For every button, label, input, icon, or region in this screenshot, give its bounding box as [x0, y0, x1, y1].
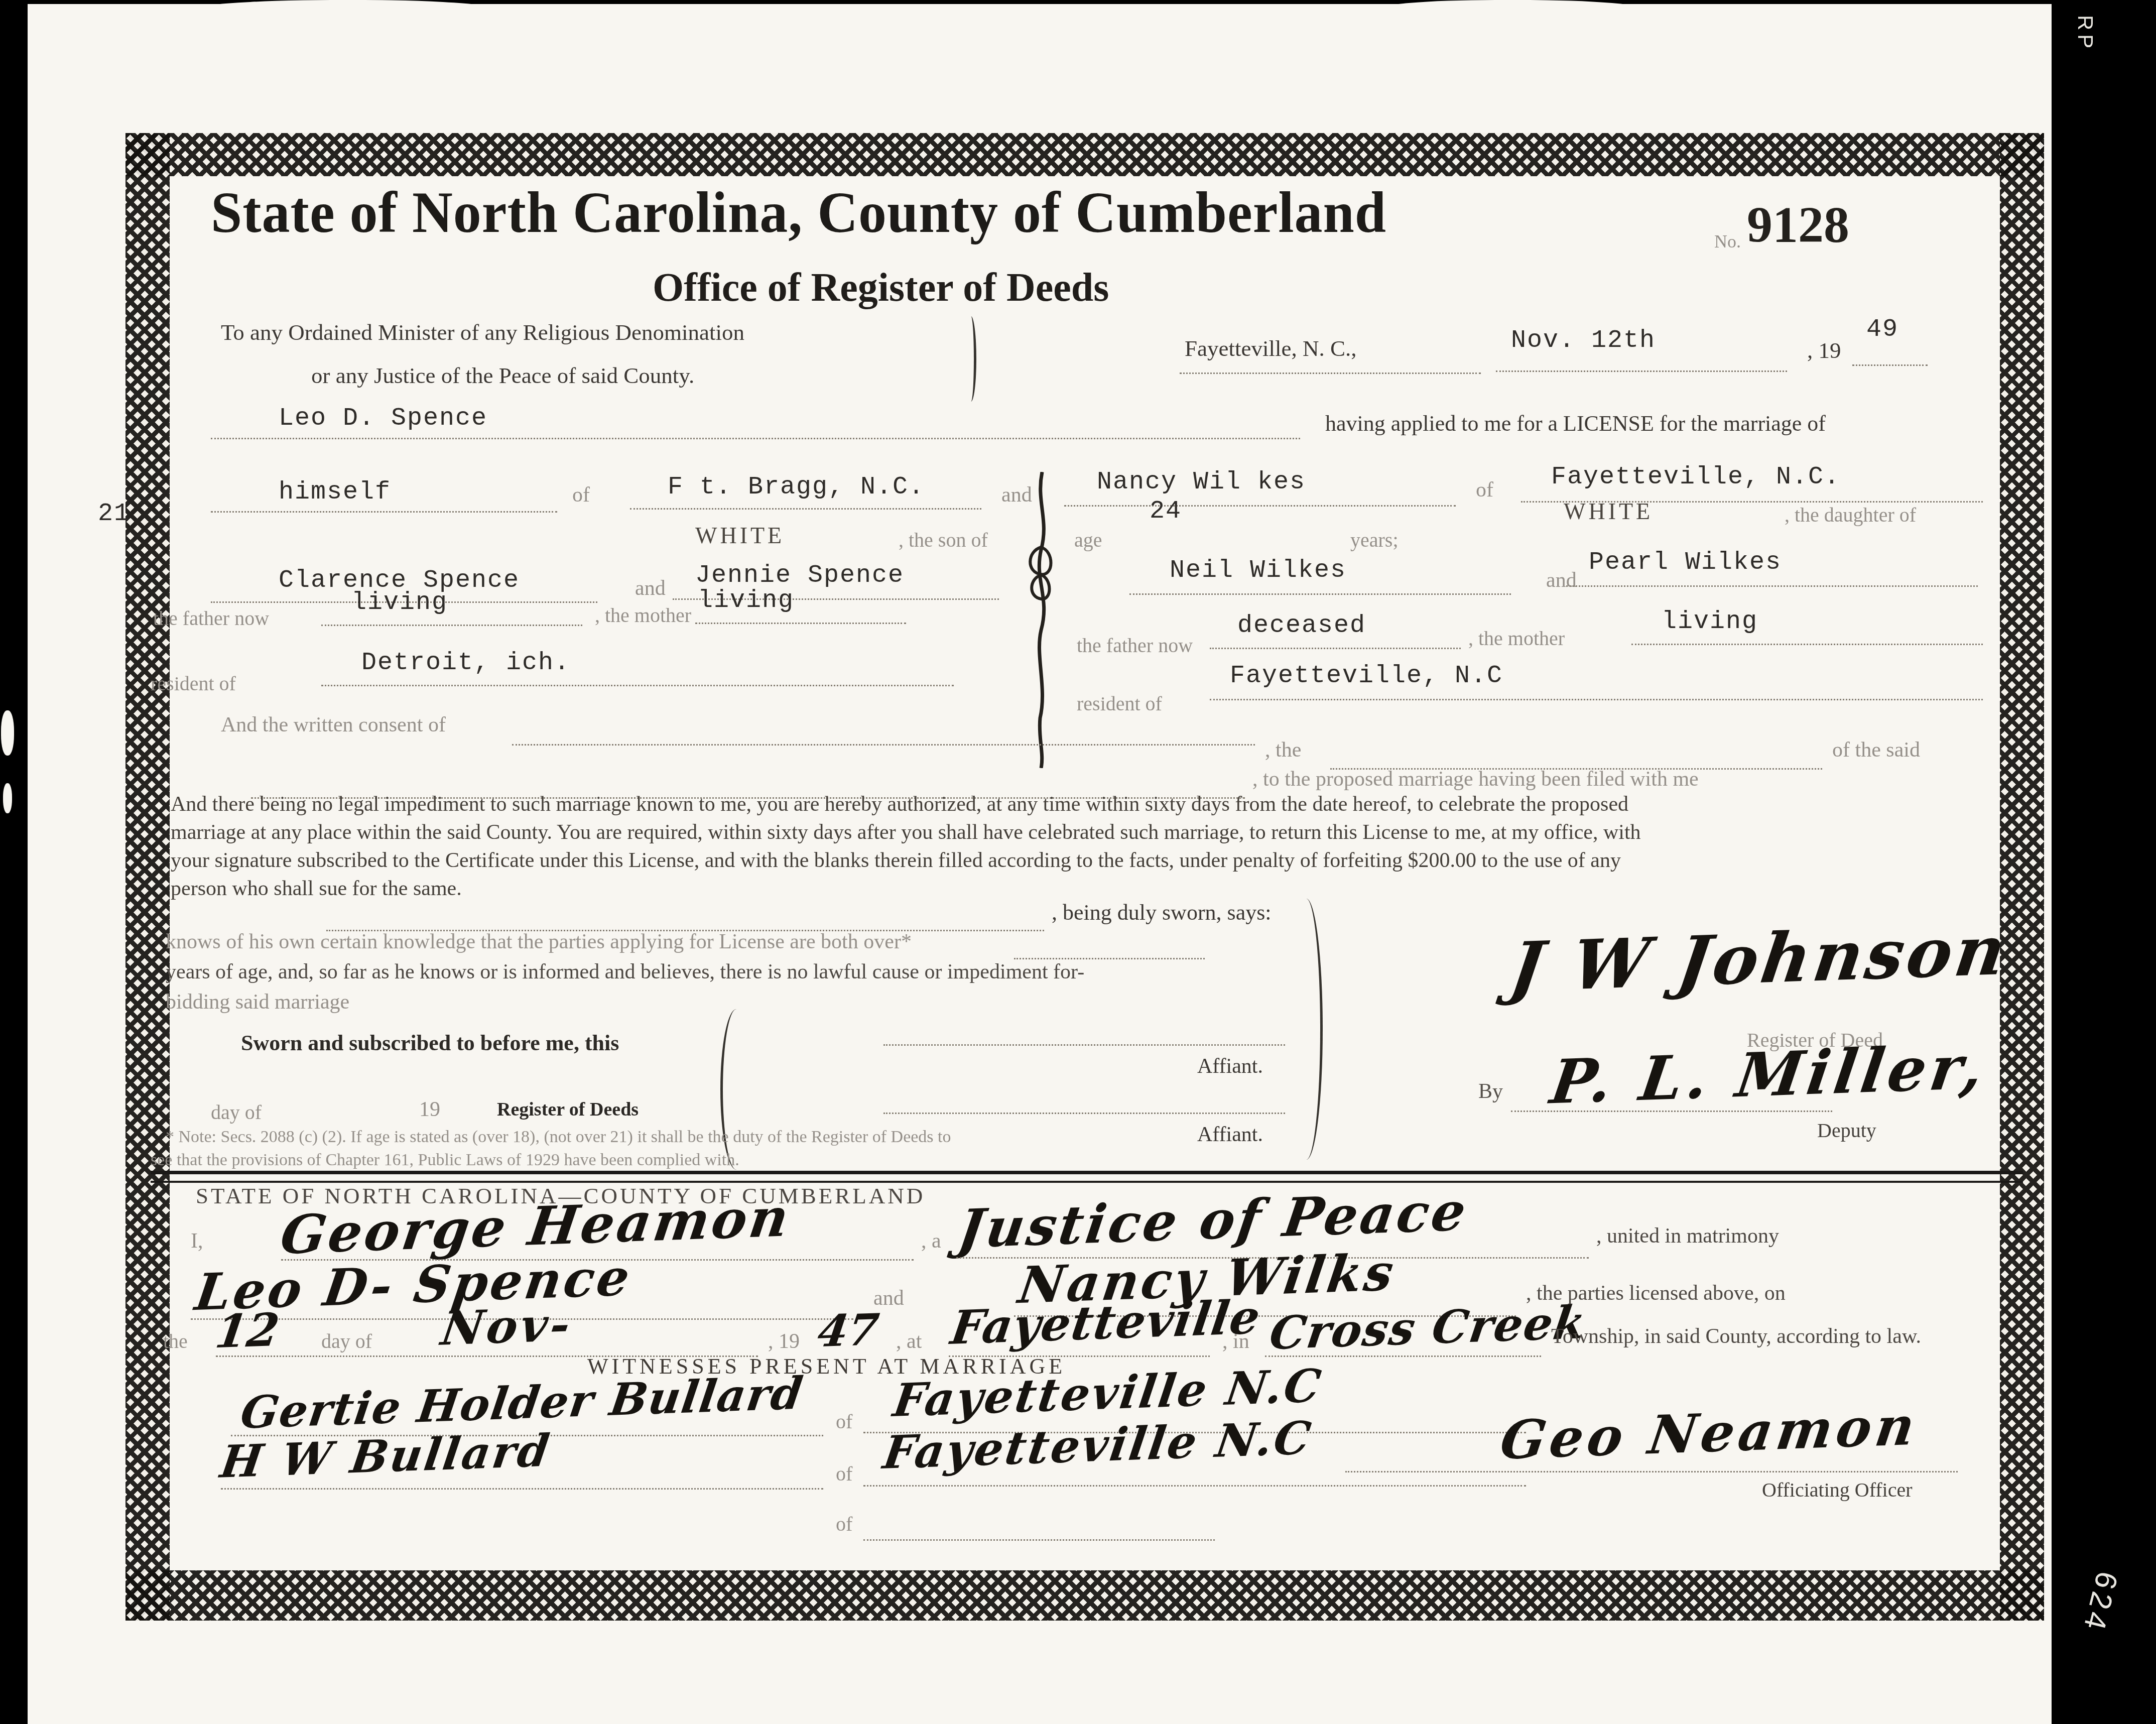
- addressee-line2: or any Justice of the Peace of said Coun…: [311, 362, 694, 389]
- addressee-bracket-graphic: [949, 316, 976, 402]
- a-label: , a: [921, 1229, 941, 1253]
- of-label: of: [836, 1462, 852, 1486]
- bride-mother-status-entry: living: [1662, 607, 1758, 636]
- of-label: of: [1476, 478, 1493, 502]
- sworn-before-label: Sworn and subscribed to before me, this: [241, 1030, 619, 1056]
- rope-divider-graphic: [1024, 472, 1059, 768]
- section-divider-rule: [151, 1171, 2023, 1174]
- and-label: and: [1546, 568, 1577, 592]
- addressee-line1: To any Ordained Minister of any Religiou…: [221, 319, 744, 345]
- daughter-of-label: , the daughter of: [1785, 503, 1916, 527]
- applicant-name-entry: Leo D. Spence: [279, 404, 487, 433]
- scan-artifact-speck: [3, 783, 12, 813]
- township-line: Township, in said County, according to l…: [1551, 1324, 1921, 1348]
- filed-line: , to the proposed marriage having been f…: [1252, 767, 1699, 791]
- of-said-label: of the said: [1832, 738, 1920, 762]
- groom-race-entry: WHITE: [695, 522, 785, 549]
- groom-relation-entry: himself: [279, 478, 391, 507]
- bidding-line: bidding said marriage: [166, 990, 349, 1014]
- father-now-label: the father now: [1077, 634, 1193, 657]
- bride-age-entry: 24: [1150, 497, 1182, 526]
- dateline-date-entry: Nov. 12th: [1511, 326, 1656, 355]
- the-label: the: [163, 1329, 188, 1353]
- dotted-line: [321, 625, 582, 626]
- knows-line: knows of his own certain knowledge that …: [166, 930, 912, 954]
- corner-mark-rp: RP: [2073, 15, 2097, 52]
- dateline-year-entry: 49: [1866, 315, 1898, 344]
- bride-parents-residence-entry: Fayetteville, N.C: [1230, 662, 1503, 690]
- groom-mother-entry: Jennie Spence: [695, 561, 904, 590]
- at-label: , at: [896, 1329, 922, 1353]
- scan-artifact-blob: [1371, 0, 1656, 23]
- bride-mother-entry: Pearl Wilkes: [1589, 548, 1782, 577]
- the-mother-label: , the mother: [1468, 627, 1565, 650]
- of-label: of: [836, 1512, 852, 1536]
- bride-father-entry: Neil Wilkes: [1170, 556, 1346, 585]
- document-title: State of North Carolina, County of Cumbe…: [211, 179, 1386, 247]
- day-of-label: day of: [211, 1100, 262, 1124]
- day-of-label: day of: [321, 1329, 372, 1353]
- consent-label: And the written consent of: [221, 713, 446, 737]
- groom-father-status-entry: living: [351, 588, 448, 617]
- groom-age-entry: 21: [98, 500, 130, 528]
- legal-paragraph-line4: person who shall sue for the same.: [171, 877, 462, 901]
- border-band-right: [2000, 133, 2044, 1621]
- dotted-line: [1496, 371, 1787, 372]
- office-subtitle: Office of Register of Deeds: [653, 265, 1109, 311]
- of-label: of: [572, 483, 590, 507]
- dotted-line: [1210, 648, 1461, 649]
- dotted-line: [221, 1488, 823, 1490]
- footnote-line2: see that the provisions of Chapter 161, …: [151, 1151, 739, 1170]
- deputy-label: Deputy: [1817, 1119, 1876, 1142]
- by-label: By: [1478, 1079, 1503, 1103]
- dotted-line: [1265, 1356, 1541, 1357]
- dotted-line: [1129, 593, 1511, 595]
- register-of-deeds-label: Register of Deeds: [497, 1098, 639, 1121]
- dotted-line: [630, 508, 981, 510]
- age-line: years of age, and, so far as he knows or…: [166, 960, 1084, 984]
- age-label: age: [1074, 528, 1102, 552]
- son-of-label: , the son of: [899, 528, 988, 552]
- sworn-intro-label: , being duly sworn, says:: [1052, 900, 1272, 925]
- bride-race-entry: WHITE: [1564, 498, 1653, 525]
- resident-of-label: resident of: [1077, 692, 1162, 715]
- license-no-label: No.: [1714, 231, 1741, 252]
- corner-mark-624: 624: [2076, 1568, 2125, 1637]
- bride-father-status-entry: deceased: [1237, 611, 1366, 640]
- i-label: I,: [191, 1229, 203, 1253]
- border-band-bottom: [125, 1570, 2044, 1621]
- scan-artifact-speck: [1, 710, 14, 756]
- border-band-left: [125, 133, 170, 1621]
- scan-background: RP 624 State of North Carolina, County o…: [0, 0, 2156, 1724]
- dotted-line: [321, 685, 954, 686]
- dotted-line: [1345, 1471, 1958, 1472]
- scan-artifact-blob: [175, 0, 508, 26]
- bride-residence-entry: Fayetteville, N.C.: [1551, 463, 1840, 491]
- and-label: and: [635, 576, 666, 600]
- dotted-line: [695, 623, 906, 624]
- groom-mother-status-entry: living: [698, 586, 794, 615]
- dateline-year-prefix: , 19: [1807, 337, 1841, 363]
- applied-text: having applied to me for a LICENSE for t…: [1325, 411, 1826, 436]
- nineteen-label: 19: [419, 1097, 440, 1122]
- bride-name-entry: Nancy Wil kes: [1097, 468, 1306, 497]
- groom-parents-residence-entry: Detroit, ich.: [361, 649, 570, 677]
- resident-of-label: resident of: [151, 672, 236, 695]
- footnote-line1: * Note: Secs. 2088 (c) (2). If age is st…: [166, 1128, 951, 1147]
- dateline-place: Fayetteville, N. C.,: [1185, 335, 1356, 361]
- dotted-line: [863, 1539, 1215, 1541]
- dotted-line: [1566, 585, 1978, 587]
- years-label: years;: [1350, 528, 1399, 552]
- affiant-label-2: Affiant.: [1197, 1123, 1263, 1147]
- of-label: of: [836, 1410, 852, 1433]
- dotted-line: [211, 511, 557, 513]
- border-band-top: [125, 133, 2044, 176]
- dotted-line: [1064, 505, 1456, 507]
- dotted-line: [1631, 644, 1983, 645]
- dotted-line: [883, 1113, 1285, 1114]
- dotted-line: [1180, 373, 1481, 374]
- groom-residence-entry: F t. Bragg, N.C.: [668, 473, 925, 502]
- in-label: , in: [1222, 1329, 1249, 1353]
- united-line: , united in matrimony: [1596, 1224, 1779, 1248]
- dotted-line: [211, 438, 1300, 439]
- legal-paragraph-line3: your signature subscribed to the Certifi…: [171, 848, 1621, 873]
- license-number: 9128: [1747, 196, 1849, 255]
- township-entry: Cross Creek: [1266, 1296, 1590, 1361]
- year-prefix-label: , 19: [768, 1329, 800, 1353]
- affiant-label-1: Affiant.: [1197, 1054, 1263, 1078]
- dotted-line: [863, 1485, 1526, 1487]
- the-mother-label: , the mother: [595, 603, 691, 627]
- legal-paragraph-line1: And there being no legal impediment to s…: [171, 792, 1628, 816]
- legal-paragraph-line2: marriage at any place within the said Co…: [171, 820, 1641, 844]
- dotted-line: [512, 744, 1255, 746]
- the-label: , the: [1265, 738, 1301, 762]
- place-entry: Fayetteville: [948, 1290, 1264, 1355]
- year-entry: 47: [815, 1304, 882, 1358]
- day-entry: 12: [212, 1303, 283, 1359]
- month-entry: Nov-: [438, 1297, 576, 1356]
- father-now-label: the father now: [153, 606, 269, 630]
- dotted-line: [1852, 364, 1928, 366]
- dotted-line: [1210, 699, 1983, 700]
- officiating-officer-label: Officiating Officer: [1762, 1478, 1913, 1502]
- dotted-line: [1014, 958, 1205, 959]
- dotted-line: [883, 1044, 1285, 1046]
